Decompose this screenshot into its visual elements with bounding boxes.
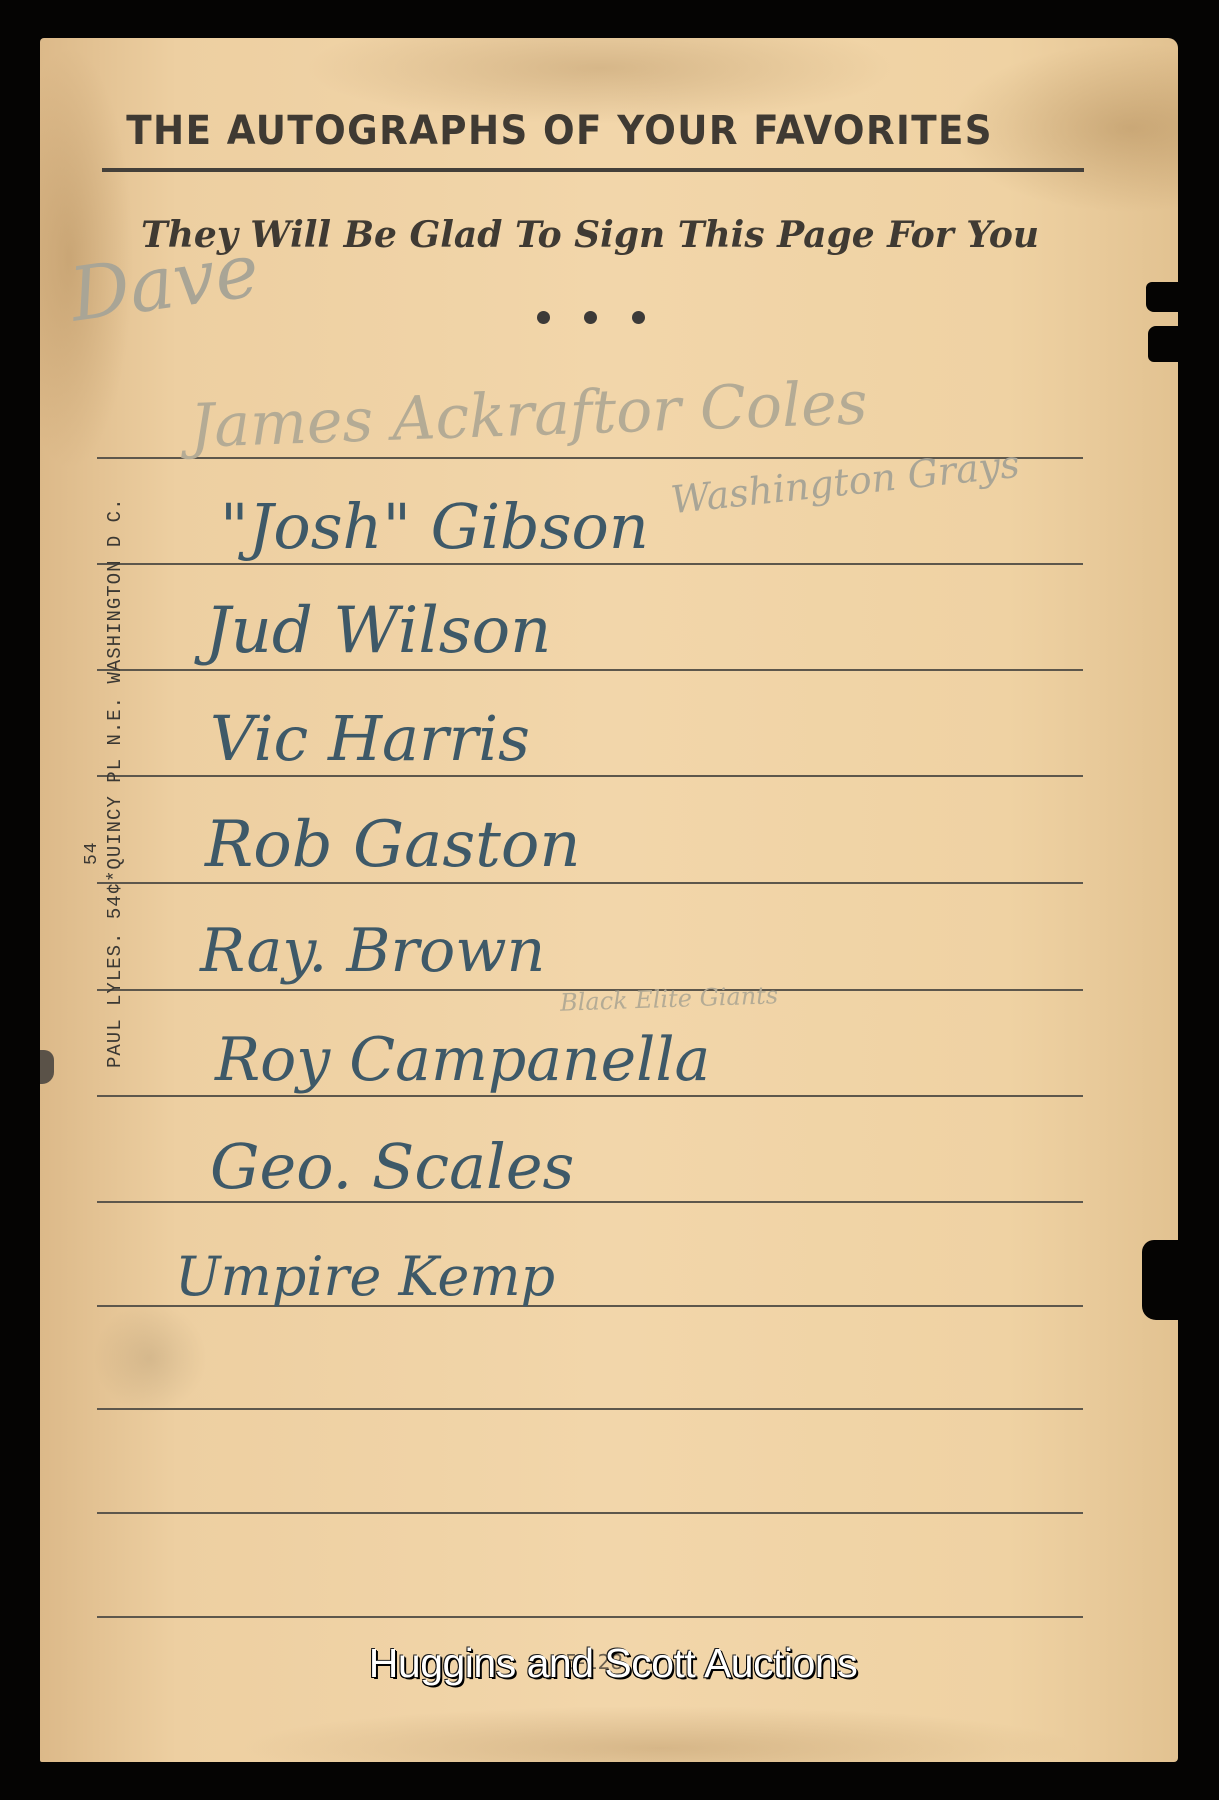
signature-line bbox=[97, 563, 1083, 565]
typed-address-correction: 54 bbox=[82, 841, 102, 865]
signature-roy-campanella: Roy Campanella bbox=[215, 1025, 710, 1095]
signature-line bbox=[97, 669, 1083, 671]
signature-jud-wilson: Jud Wilson bbox=[205, 594, 551, 668]
signature-line bbox=[97, 775, 1083, 777]
separator-dot bbox=[537, 311, 550, 324]
signature-line bbox=[97, 1408, 1083, 1410]
signature-line bbox=[97, 1512, 1083, 1514]
signature-line bbox=[97, 882, 1083, 884]
signature-geo-scales: Geo. Scales bbox=[210, 1130, 574, 1203]
separator-dot bbox=[584, 311, 597, 324]
signature-josh-gibson: "Josh" Gibson bbox=[220, 490, 649, 563]
signature-ray-brown: Ray. Brown bbox=[200, 916, 545, 986]
tear-notch-top-2 bbox=[1148, 326, 1188, 362]
title-underline bbox=[102, 168, 1084, 172]
signature-rob-gaston: Rob Gaston bbox=[205, 808, 581, 882]
page-title: THE AUTOGRAPHS OF YOUR FAVORITES bbox=[103, 108, 1016, 154]
signature-vic-harris: Vic Harris bbox=[210, 702, 530, 775]
page-subtitle: They Will Be Glad To Sign This Page For … bbox=[140, 214, 1040, 256]
signature-line bbox=[97, 1616, 1083, 1618]
signature-umpire-kemp: Umpire Kemp bbox=[175, 1245, 555, 1308]
separator-dot bbox=[632, 311, 645, 324]
signature-line bbox=[97, 1095, 1083, 1097]
tear-notch-top bbox=[1146, 282, 1186, 312]
typed-address: PAUL LYLES. 54¢*QUINCY PL N.E. WASHINGTO… bbox=[104, 498, 126, 1069]
tear-notch-bottom bbox=[1142, 1240, 1187, 1320]
auction-watermark: Huggins and Scott Auctions bbox=[318, 1640, 908, 1687]
